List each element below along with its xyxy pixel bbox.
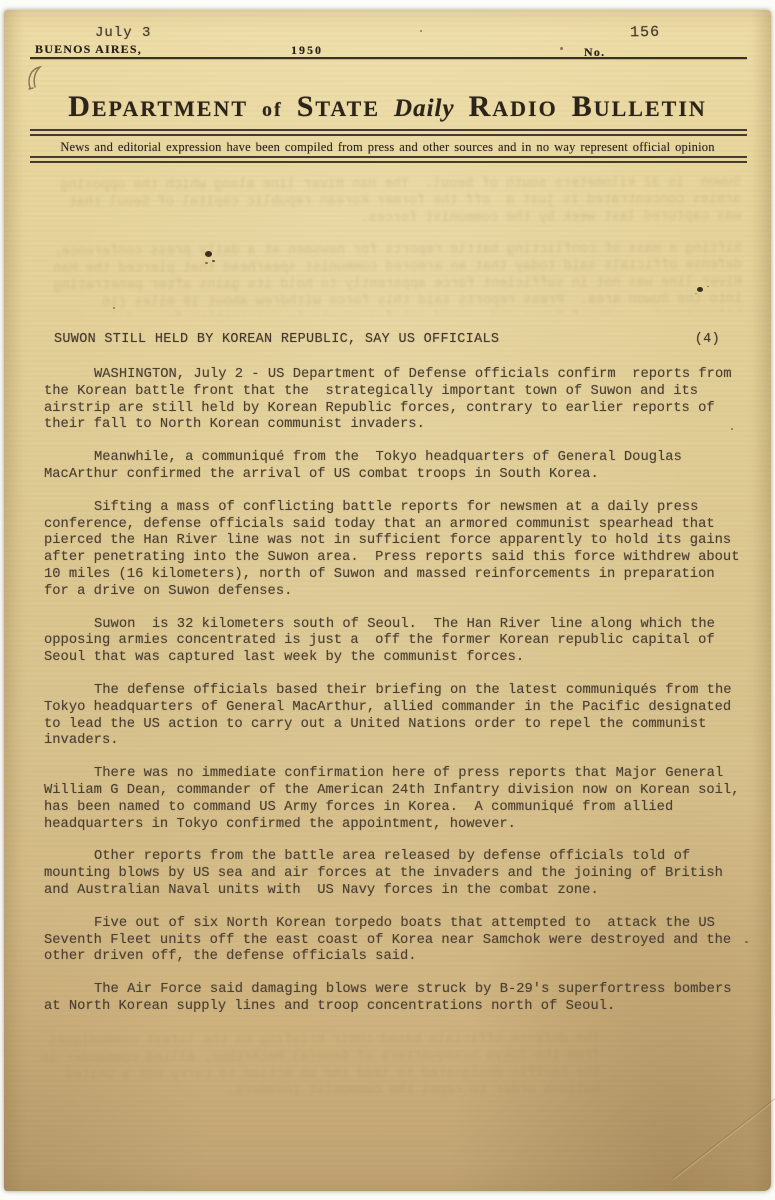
article-paragraph: Meanwhile, a communiqué from the Tokyo h…: [44, 450, 745, 484]
article-paragraph: There was no immediate confirmation here…: [44, 766, 745, 833]
disclaimer-rule-bottom: [30, 156, 747, 163]
paper-speck: [745, 941, 748, 943]
bleed-through-text: Sifting a mass of conflicting battle rep…: [50, 240, 742, 316]
bleed-through-text: The defense officials based their briefi…: [40, 1031, 600, 1106]
paper-speck: [420, 30, 422, 32]
title-word: BULLETIN: [572, 96, 707, 121]
masthead-rule: [30, 57, 747, 59]
article-body: WASHINGTON, July 2 - US Department of De…: [44, 367, 745, 1032]
article-paragraph: Five out of six North Korean torpedo boa…: [44, 916, 745, 966]
article-paragraph: WASHINGTON, July 2 - US Department of De…: [44, 367, 745, 434]
bulletin-title: DEPARTMENTofSTATEDailyRADIOBULLETIN: [4, 87, 771, 124]
title-word: Daily: [394, 95, 455, 122]
city-label: BUENOS AIRES,: [35, 42, 142, 57]
title-word: STATE: [297, 96, 380, 121]
article-paragraph: Other reports from the battle area relea…: [44, 849, 745, 899]
scanned-document-background: { "page": { "date_line": "July 3", "issu…: [0, 0, 775, 1200]
article-headline: SUWON STILL HELD BY KOREAN REPUBLIC, SAY…: [54, 332, 499, 347]
title-word: of: [262, 99, 283, 121]
bleed-through-text: Suwon is 32 kilometers south of Seoul. T…: [55, 174, 741, 230]
paper-crease: [672, 1098, 775, 1179]
article-paragraph: Suwon is 32 kilometers south of Seoul. T…: [44, 617, 745, 667]
title-word: DEPARTMENT: [68, 96, 248, 121]
article-paragraph: Sifting a mass of conflicting battle rep…: [44, 500, 745, 601]
typed-date: July 3: [95, 25, 151, 41]
article-paragraph: The Air Force said damaging blows were s…: [44, 982, 745, 1016]
ink-blot: [205, 251, 212, 257]
document-page: July 3 156 BUENOS AIRES, 1950 No. DEPART…: [4, 10, 771, 1191]
article-paragraph: The defense officials based their briefi…: [44, 683, 745, 750]
ink-blot: [697, 287, 703, 292]
paper-speck: [731, 428, 733, 430]
disclaimer-text: News and editorial expression have been …: [4, 140, 771, 155]
article-headline-row: SUWON STILL HELD BY KOREAN REPUBLIC, SAY…: [54, 332, 720, 347]
typed-issue-number: 156: [630, 24, 660, 42]
paper-speck: [113, 307, 115, 309]
article-page-ref: (4): [695, 332, 720, 347]
title-word: RADIO: [469, 96, 558, 121]
disclaimer-rule-top: [30, 129, 747, 136]
year-label: 1950: [291, 43, 323, 58]
paper-speck: [560, 47, 563, 50]
